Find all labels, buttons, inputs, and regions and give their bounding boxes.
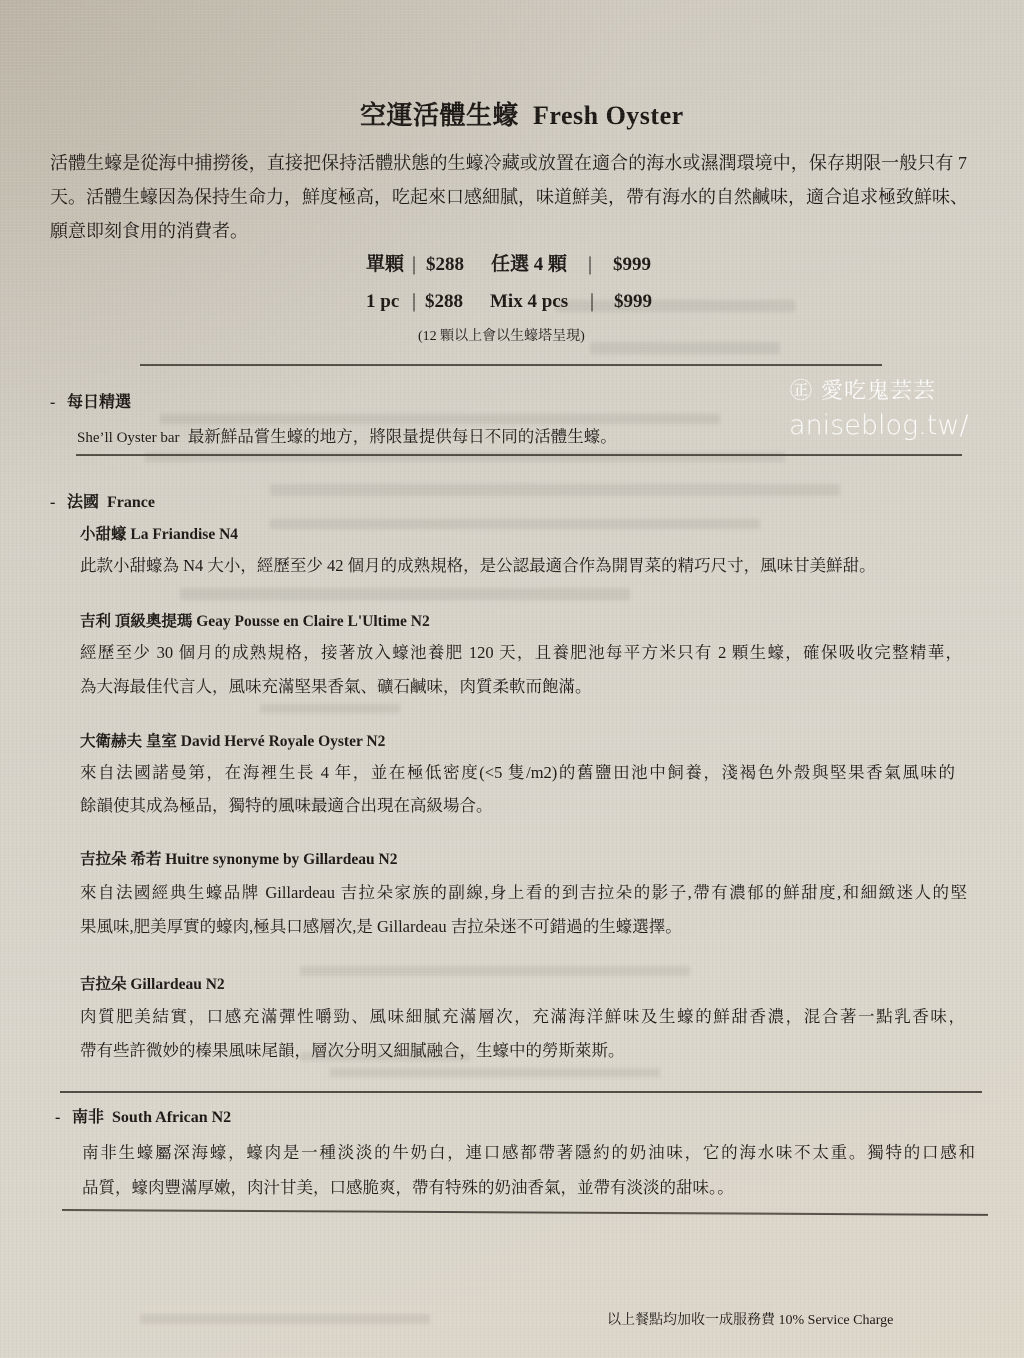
section-bullet: -	[50, 391, 55, 415]
section-title-zh: 南非	[72, 1109, 104, 1126]
section-title-en: South African N2	[112, 1109, 231, 1126]
oyster-description: 餘韻使其成為極品，獨特的風味最適合出現在高級場合。	[80, 792, 493, 820]
bleed-through-text	[300, 966, 690, 976]
oyster-name: 吉拉朵 Gillardeau N2	[80, 973, 225, 997]
bleed-through-text	[590, 342, 780, 354]
section-title-france: 法國France	[67, 491, 155, 515]
daily-description: She’ll Oyster bar 最新鮮品嘗生蠔的地方，將限量提供每日不同的活…	[77, 423, 617, 452]
intro-line: 活體生蠔是從海中捕撈後，直接把保持活體狀態的生蠔冷藏或放置在適合的海水或濕潤環境…	[50, 146, 967, 180]
intro-line: 願意即刻食用的消費者。	[50, 214, 967, 248]
page-title: 空運活體生蠔Fresh Oyster	[360, 100, 684, 132]
single-label: 1 pc	[366, 288, 399, 316]
bleed-through-text	[140, 1314, 430, 1324]
bleed-through-text	[260, 704, 400, 713]
divider	[60, 1091, 982, 1093]
oyster-description: 來自法國經典生蠔品牌 Gillardeau 吉拉朵家族的副線,身上看的到吉拉朵的…	[80, 879, 967, 907]
oyster-description: 來自法國諾曼第，在海裡生長 4 年，並在極低密度(<5 隻/m2)的舊鹽田池中飼…	[80, 759, 955, 787]
section-title-daily: 每日精選	[67, 391, 131, 415]
price-separator: |	[412, 287, 416, 315]
divider	[140, 364, 882, 366]
mix-label: Mix 4 pcs	[490, 288, 568, 316]
oyster-description: 果風味,肥美厚實的蠔肉,極具口感層次,是 Gillardeau 吉拉朵迷不可錯過…	[80, 913, 682, 941]
daily-description-en: She’ll Oyster bar	[77, 430, 179, 446]
bleed-through-text	[270, 484, 840, 496]
oyster-name: 吉拉朵 希若 Huitre synonyme by Gillardeau N2	[80, 848, 397, 872]
divider	[76, 454, 962, 456]
title-zh: 空運活體生蠔	[360, 101, 519, 130]
service-charge-note: 以上餐點均加收一成服務費 10% Service Charge	[607, 1311, 893, 1331]
title-en: Fresh Oyster	[533, 101, 684, 130]
mix-price: $999	[614, 288, 652, 316]
oyster-name: 小甜蠔 La Friandise N4	[80, 523, 238, 547]
mix-label: 任選 4 顆	[491, 251, 567, 279]
bleed-through-text	[270, 519, 760, 529]
mix-price: $999	[613, 251, 651, 279]
watermark-url: aniseblog.tw/	[789, 410, 969, 442]
price-separator: |	[412, 250, 416, 278]
oyster-description: 經歷至少 30 個月的成熟規格，接著放入蠔池養肥 120 天，且養肥池每平方米只…	[80, 639, 962, 667]
divider	[62, 1209, 988, 1216]
oyster-description: 帶有些許微妙的榛果風味尾韻，層次分明又細膩融合，生蠔中的勞斯萊斯。	[80, 1037, 625, 1065]
watermark-author: ㊣ 愛吃鬼芸芸	[790, 378, 936, 406]
section-title-south-africa: 南非South African N2	[72, 1106, 231, 1130]
single-label: 單顆	[366, 251, 404, 279]
section-bullet: -	[55, 1106, 60, 1130]
section-title-zh: 法國	[67, 494, 99, 511]
price-separator: |	[590, 287, 594, 315]
oyster-description: 為大海最佳代言人，風味充滿堅果香氣、礦石鹹味，肉質柔軟而飽滿。	[80, 673, 592, 701]
bleed-through-text	[330, 1068, 660, 1077]
daily-description-zh: 最新鮮品嘗生蠔的地方，將限量提供每日不同的活體生蠔。	[188, 427, 617, 446]
oyster-name: 大衛赫夫 皇室 David Hervé Royale Oyster N2	[80, 730, 385, 754]
section-bullet: -	[50, 491, 55, 515]
oyster-description: 此款小甜蠔為 N4 大小，經歷至少 42 個月的成熟規格，是公認最適合作為開胃菜…	[80, 552, 876, 580]
pricing-note: (12 顆以上會以生蠔塔呈現)	[418, 327, 585, 347]
single-price: $288	[425, 288, 463, 316]
bleed-through-text	[180, 588, 630, 600]
south-africa-description: 南非生蠔屬深海蠔，蠔肉是一種淡淡的牛奶白，連口感都帶著隱約的奶油味，它的海水味不…	[82, 1139, 975, 1167]
intro-line: 天。活體生蠔因為保持生命力，鮮度極高，吃起來口感細膩，味道鮮美，帶有海水的自然鹹…	[50, 180, 967, 214]
single-price: $288	[426, 251, 464, 279]
south-africa-description: 品質，蠔肉豐滿厚嫩，肉汁甘美，口感脆爽，帶有特殊的奶油香氣，並帶有淡淡的甜味。。	[82, 1174, 734, 1202]
section-title-en: France	[107, 494, 155, 511]
menu-page: 空運活體生蠔Fresh Oyster 活體生蠔是從海中捕撈後，直接把保持活體狀態…	[0, 0, 1024, 1358]
oyster-description: 肉質肥美結實，口感充滿彈性嚼勁、風味細膩充滿層次，充滿海洋鮮味及生蠔的鮮甜香濃，…	[80, 1003, 965, 1031]
oyster-name: 吉利 頂級奧提瑪 Geay Pousse en Claire L'Ultime …	[80, 610, 430, 634]
price-separator: |	[588, 250, 592, 278]
